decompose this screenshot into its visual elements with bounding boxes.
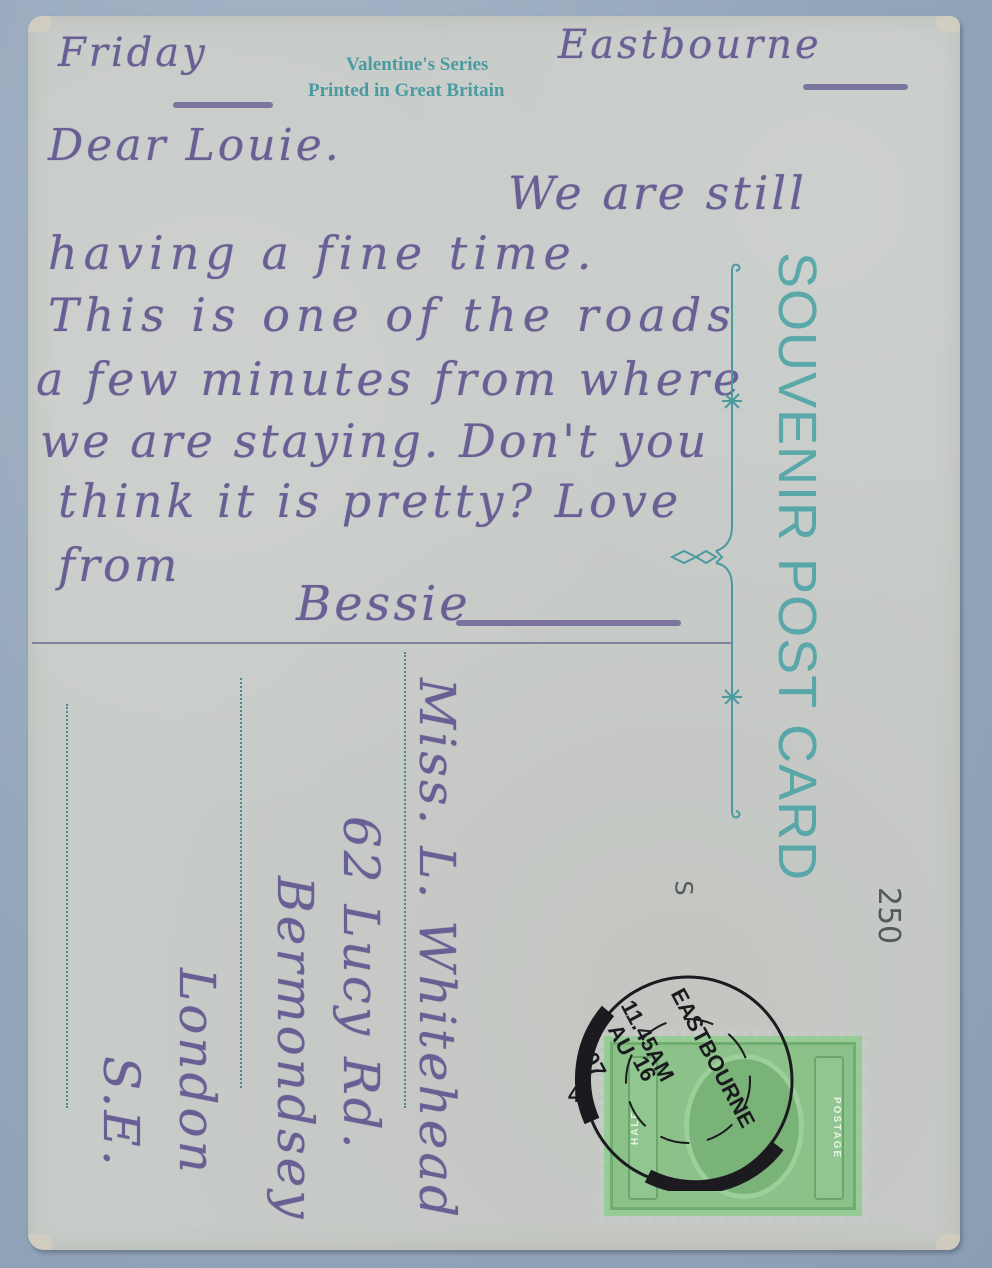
message-day: Friday bbox=[58, 30, 208, 76]
ornamental-divider-icon bbox=[668, 261, 748, 821]
souvenir-post-card-title: SOUVENIR POST CARD bbox=[766, 252, 828, 881]
publisher-printed: Printed in Great Britain bbox=[308, 80, 505, 102]
corner-wear-top-left bbox=[28, 16, 52, 32]
message-line-7: from bbox=[58, 538, 180, 592]
corner-wear-top-right bbox=[936, 16, 960, 32]
postcard-back: Valentine's Series Printed in Great Brit… bbox=[28, 16, 960, 1250]
corner-wear-bottom-left bbox=[28, 1234, 52, 1250]
corner-wear-bottom-right bbox=[936, 1234, 960, 1250]
address-line-1 bbox=[404, 652, 406, 1108]
pencil-letter: S bbox=[670, 880, 698, 895]
address-recipient: Miss. L. Whitehead bbox=[408, 678, 466, 1220]
address-line-2 bbox=[240, 678, 242, 1088]
message-salutation: Dear Louie. bbox=[48, 120, 342, 171]
postmark-code: 4 bbox=[568, 1082, 580, 1108]
day-underline bbox=[173, 102, 273, 108]
place-underline bbox=[803, 84, 908, 90]
address-district: Bermondsey bbox=[266, 876, 324, 1221]
signature-underline bbox=[456, 620, 681, 626]
message-line-4: a few minutes from where bbox=[36, 352, 744, 406]
address-city: London bbox=[168, 968, 226, 1176]
message-place: Eastbourne bbox=[558, 22, 822, 68]
message-line-2: having a fine time. bbox=[48, 226, 597, 280]
address-line-3 bbox=[66, 704, 68, 1108]
message-line-3: This is one of the roads bbox=[48, 288, 737, 342]
address-street: 62 Lucy Rd. bbox=[332, 816, 390, 1152]
message-line-5: we are staying. Don't you bbox=[40, 414, 709, 468]
message-line-1: We are still bbox=[508, 166, 807, 220]
message-signature: Bessie bbox=[296, 576, 471, 632]
publisher-series: Valentine's Series bbox=[346, 54, 488, 76]
message-divider-line bbox=[32, 642, 732, 644]
pencil-price: 250 bbox=[871, 887, 906, 944]
message-line-6: think it is pretty? Love bbox=[58, 474, 682, 528]
address-postal-district: S.E. bbox=[92, 1056, 150, 1169]
